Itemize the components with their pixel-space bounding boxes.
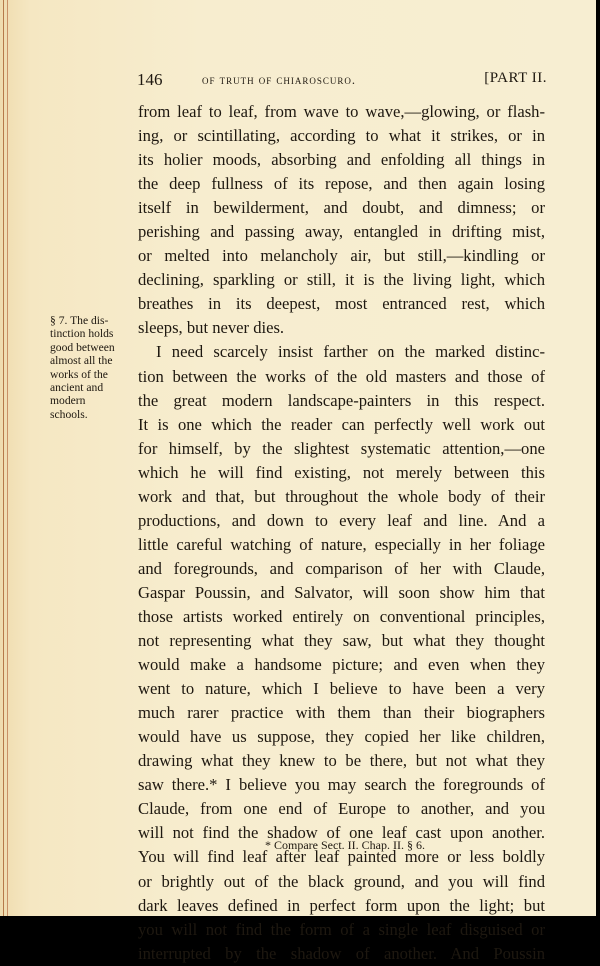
text-line: saw there.* I believe you may search the… — [138, 773, 545, 797]
text-line: It is one which the reader can perfectly… — [138, 413, 545, 437]
text-line: went to nature, which I believe to have … — [138, 677, 545, 701]
text-line: would have us suppose, they copied her l… — [138, 725, 545, 749]
sidenote-line: ancient and — [50, 381, 130, 394]
text-line: tion between the works of the old master… — [138, 365, 545, 389]
book-page: 146 OF TRUTH OF CHIAROSCURO. [PART II. §… — [0, 0, 598, 918]
text-line: sleeps, but never dies. — [138, 316, 545, 340]
page-edge-line — [3, 0, 4, 916]
page-number: 146 — [137, 70, 163, 90]
sidenote-line: modern — [50, 394, 130, 407]
text-line: drawing what they knew to be there, but … — [138, 749, 545, 773]
text-line: which he will find existing, not merely … — [138, 461, 545, 485]
text-line: Claude, from one end of Europe to anothe… — [138, 797, 545, 821]
sidenote-line: § 7. The dis- — [50, 314, 130, 327]
sidenote-line: works of the — [50, 368, 130, 381]
text-line: declining, sparkling or still, it is the… — [138, 268, 545, 292]
sidenote-line: schools. — [50, 408, 130, 421]
text-line: little careful watching of nature, espec… — [138, 533, 545, 557]
running-title: OF TRUTH OF CHIAROSCURO. — [202, 73, 356, 88]
text-line: dark leaves defined in perfect form upon… — [138, 894, 545, 918]
text-line: from leaf to leaf, from wave to wave,—gl… — [138, 100, 545, 124]
text-line: not representing what they saw, but what… — [138, 629, 545, 653]
text-line: and foregrounds, and comparison of her w… — [138, 557, 545, 581]
text-line: breathes in its deepest, most entranced … — [138, 292, 545, 316]
text-line: perishing and passing away, entangled in… — [138, 220, 545, 244]
part-label: [PART II. — [484, 70, 547, 87]
footnote: * Compare Sect. II. Chap. II. § 6. — [0, 838, 600, 853]
page-edge-line — [7, 0, 8, 916]
sidenote-line: almost all the — [50, 354, 130, 367]
text-line: Gaspar Poussin, and Salvator, will soon … — [138, 581, 545, 605]
text-line: ing, or scintillating, according to what… — [138, 124, 545, 148]
sidenote-line: tinction holds — [50, 327, 130, 340]
text-line: itself in bewilderment, and doubt, and d… — [138, 196, 545, 220]
text-line: much rarer practice with them than their… — [138, 701, 545, 725]
text-line: for himself, by the slightest systematic… — [138, 437, 545, 461]
text-line: work and that, but throughout the whole … — [138, 485, 545, 509]
text-line: the great modern landscape-painters in t… — [138, 389, 545, 413]
sidenote-line: good between — [50, 341, 130, 354]
text-line: the deep fullness of its repose, and the… — [138, 172, 545, 196]
text-line: or brightly out of the black ground, and… — [138, 870, 545, 894]
body-text: from leaf to leaf, from wave to wave,—gl… — [138, 100, 545, 920]
text-line: would make a handsome picture; and even … — [138, 653, 545, 677]
text-line: I need scarcely insist farther on the ma… — [138, 340, 545, 364]
marginal-note: § 7. The dis- tinction holds good betwee… — [50, 314, 130, 421]
text-line: or melted into melancholy air, but still… — [138, 244, 545, 268]
text-line: those artists worked entirely on convent… — [138, 605, 545, 629]
running-header: 146 OF TRUTH OF CHIAROSCURO. [PART II. — [137, 70, 547, 92]
text-line: productions, and down to every leaf and … — [138, 509, 545, 533]
text-line: its holier moods, absorbing and enfoldin… — [138, 148, 545, 172]
